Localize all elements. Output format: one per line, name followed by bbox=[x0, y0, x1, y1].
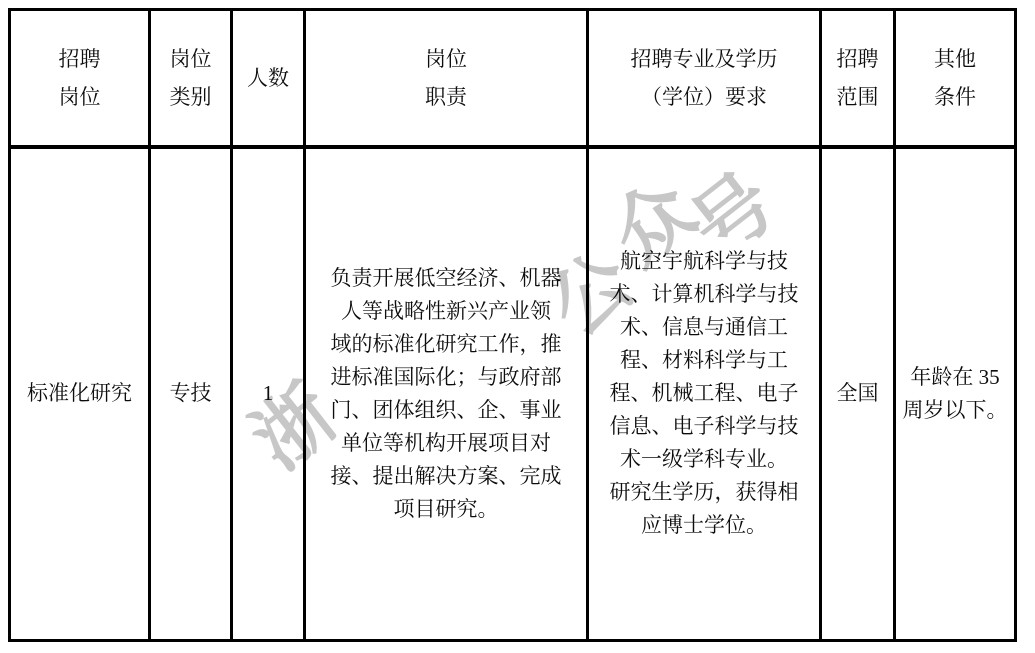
cell-other-conditions: 年龄在 35 周岁以下。 bbox=[895, 147, 1016, 641]
job-posting-table: 招聘 岗位 岗位 类别 人数 岗位 职责 招聘专业及学历 （学位）要求 招聘 范… bbox=[8, 8, 1017, 642]
cell-duties: 负责开展低空经济、机器 人等战略性新兴产业领 域的标准化研究工作，推 进标准国际… bbox=[305, 147, 588, 641]
cell-recruit-position: 标准化研究 bbox=[10, 147, 150, 641]
header-position-category: 岗位 类别 bbox=[150, 10, 232, 147]
page: 浙公众号 招聘 岗位 岗位 类别 人数 岗位 职责 招聘专业及学历 （学位）要求… bbox=[0, 0, 1035, 653]
cell-major-education-requirements: 航空宇航科学与技 术、计算机科学与技 术、信息与通信工 程、材料科学与工 程、机… bbox=[588, 147, 821, 641]
cell-headcount: 1 bbox=[232, 147, 305, 641]
table-row: 标准化研究 专技 1 负责开展低空经济、机器 人等战略性新兴产业领 域的标准化研… bbox=[10, 147, 1016, 641]
header-headcount: 人数 bbox=[232, 10, 305, 147]
header-duties: 岗位 职责 bbox=[305, 10, 588, 147]
header-recruit-scope: 招聘 范围 bbox=[821, 10, 895, 147]
header-recruit-position: 招聘 岗位 bbox=[10, 10, 150, 147]
table-header-row: 招聘 岗位 岗位 类别 人数 岗位 职责 招聘专业及学历 （学位）要求 招聘 范… bbox=[10, 10, 1016, 147]
cell-recruit-scope: 全国 bbox=[821, 147, 895, 641]
header-other-conditions: 其他 条件 bbox=[895, 10, 1016, 147]
cell-position-category: 专技 bbox=[150, 147, 232, 641]
header-major-education-requirements: 招聘专业及学历 （学位）要求 bbox=[588, 10, 821, 147]
